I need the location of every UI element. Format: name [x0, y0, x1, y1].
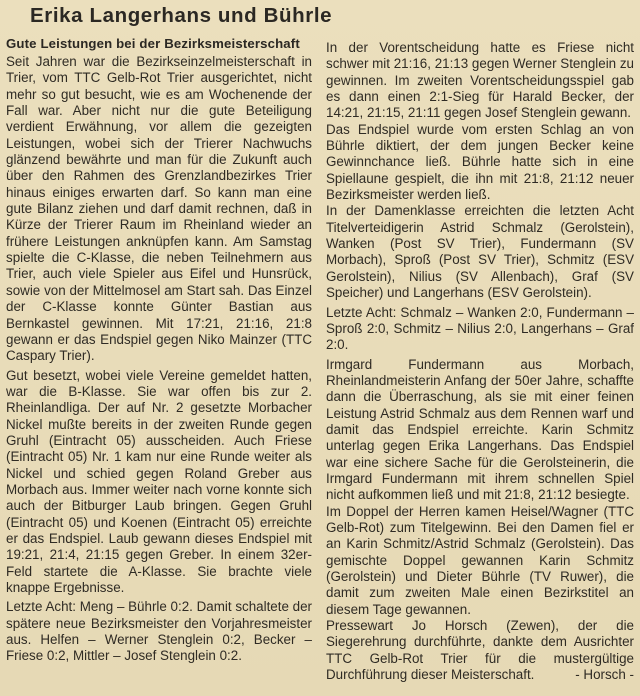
paragraph-closing: Pressewart Jo Horsch (Zewen), der die Si…	[326, 618, 634, 683]
paragraph: Im Doppel der Herren kamen Heisel/Wagner…	[326, 504, 634, 618]
author-signature: - Horsch -	[575, 667, 634, 683]
paragraph: Seit Jahren war die Bezirkseinzelmeister…	[6, 54, 312, 365]
paragraph: Gut besetzt, wobei viele Vereine gemelde…	[6, 368, 312, 597]
left-column: Seit Jahren war die Bezirkseinzelmeister…	[6, 54, 312, 668]
paragraph: In der Damenklasse erreichten die letzte…	[326, 203, 634, 301]
right-column: In der Vorentscheidung hatte es Friese n…	[326, 40, 634, 683]
paragraph: Das Endspiel wurde vom ersten Schlag an …	[326, 122, 634, 204]
newspaper-clipping: Erika Langerhans und Bührle Gute Leistun…	[0, 0, 640, 696]
headline: Erika Langerhans und Bührle	[30, 4, 332, 28]
paragraph: In der Vorentscheidung hatte es Friese n…	[326, 40, 634, 122]
subheadline: Gute Leistungen bei der Bezirksmeistersc…	[6, 36, 300, 51]
paragraph: Letzte Acht: Schmalz – Wanken 2:0, Funde…	[326, 305, 634, 354]
paragraph: Irmgard Fundermann aus Morbach, Rheinlan…	[326, 357, 634, 504]
paragraph: Letzte Acht: Meng – Bührle 0:2. Damit sc…	[6, 599, 312, 664]
